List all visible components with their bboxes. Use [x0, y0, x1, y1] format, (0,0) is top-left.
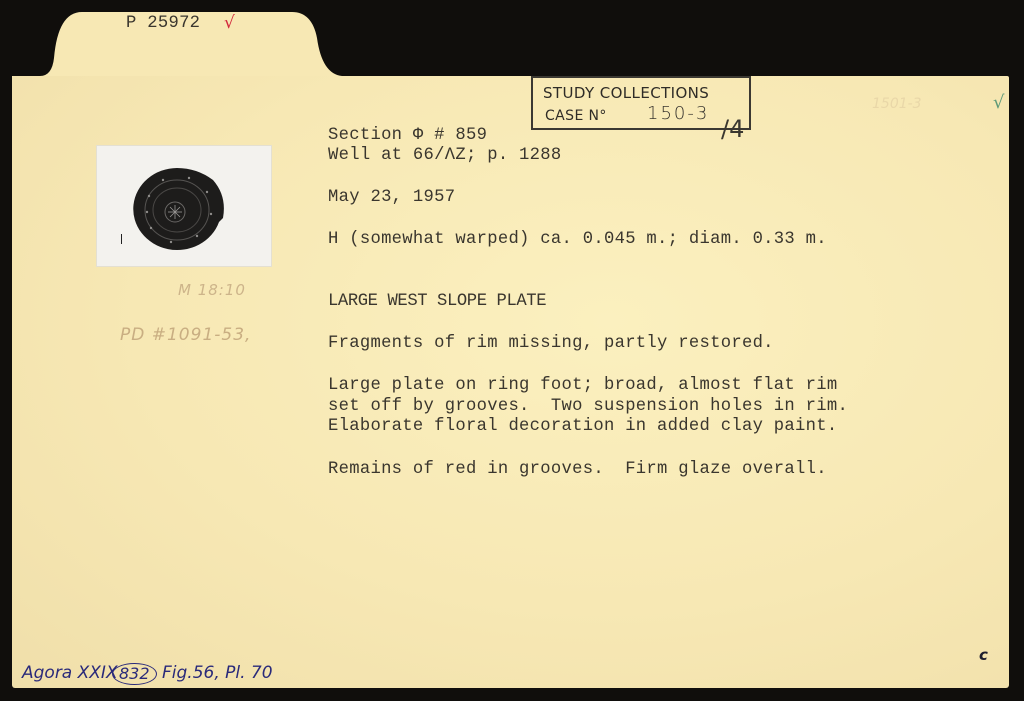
- publication-prefix: Agora XXIX: [22, 663, 118, 683]
- object-title: LARGE WEST SLOPE PLATE: [328, 292, 546, 312]
- green-check-mark: √: [993, 92, 1004, 113]
- remarks-line: Remains of red in grooves. Firm glaze ov…: [328, 460, 827, 480]
- red-check-mark: √: [224, 13, 235, 33]
- study-collections-stamp: STUDY COLLECTIONS CASE N°: [531, 76, 751, 130]
- publication-number: 832: [112, 663, 157, 685]
- description-line-1: Large plate on ring foot; broad, almost …: [328, 376, 837, 396]
- grid-reference: M 18:10: [178, 281, 246, 299]
- scale-bar: [121, 234, 122, 244]
- plate-image: [127, 166, 227, 252]
- catalog-number: P 25972: [126, 14, 200, 34]
- date-line: May 23, 1957: [328, 188, 455, 208]
- stamp-title: STUDY COLLECTIONS: [543, 84, 709, 102]
- well-line: Well at 66/ΛZ; p. 1288: [328, 146, 562, 166]
- pencil-corner-note: 1501-3: [872, 96, 922, 112]
- publication-figure: Fig.56, Pl. 70: [162, 663, 273, 683]
- condition-line: Fragments of rim missing, partly restore…: [328, 334, 774, 354]
- plate-photo: [96, 145, 272, 267]
- dimensions-line: H (somewhat warped) ca. 0.045 m.; diam. …: [328, 230, 827, 250]
- corner-mark: c: [979, 646, 988, 664]
- case-suffix: /4: [721, 115, 744, 143]
- pd-number: PD #1091-53,: [120, 325, 251, 345]
- section-line: Section Φ # 859: [328, 126, 487, 146]
- case-number: 150-3: [647, 103, 709, 124]
- description-line-3: Elaborate floral decoration in added cla…: [328, 417, 837, 437]
- stamp-case-label: CASE N°: [545, 108, 607, 124]
- description-line-2: set off by grooves. Two suspension holes…: [328, 397, 848, 417]
